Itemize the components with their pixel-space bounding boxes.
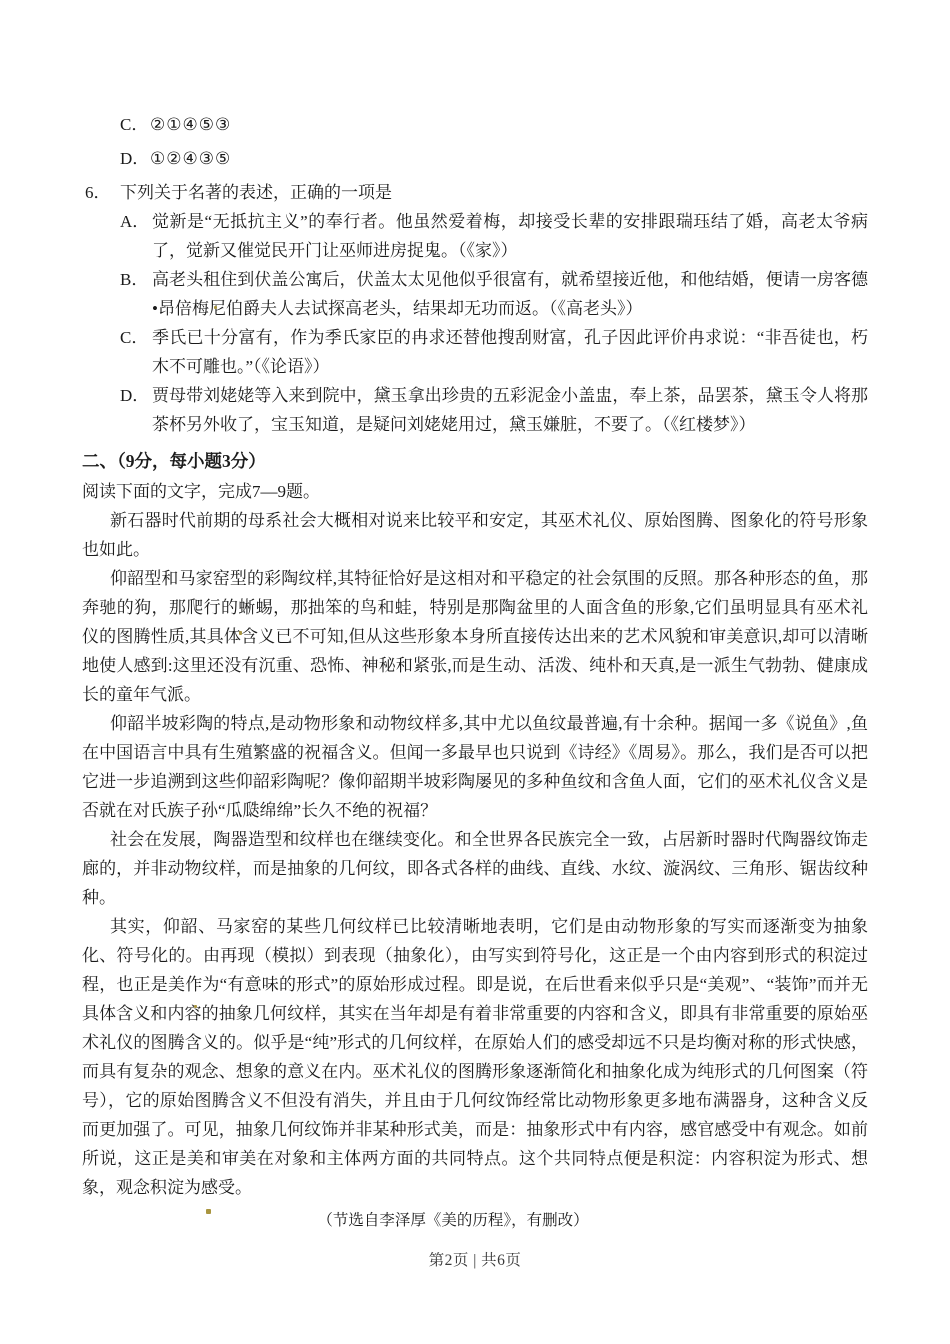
option-letter: A．: [120, 207, 149, 236]
choice-sequence: ②①④⑤③: [150, 115, 231, 134]
choice-sequence: ①②④③⑤: [150, 149, 231, 168]
scan-artifact-dot: [239, 631, 242, 635]
passage-paragraph-1: 新石器时代前期的母系社会大概相对说来比较平和安定，其巫术礼仪、原始图腾、图象化的…: [82, 506, 868, 564]
page-number-indicator: 第2页 | 共6页: [82, 1246, 868, 1275]
passage-paragraph-5: 其实，仰韶、马家窑的某些几何纹样已比较清晰地表明，它们是由动物形象的写实而逐渐变…: [82, 912, 868, 1202]
question-6-option-c: C． 季氏已十分富有，作为季氏家臣的冉求还替他搜刮财富，孔子因此评价冉求说：“非…: [120, 323, 868, 381]
option-text: 觉新是“无抵抗主义”的奉行者。他虽然爱着梅，却接受长辈的安排跟瑞珏结了婚，高老太…: [152, 212, 868, 260]
question-number: 6．: [85, 178, 111, 207]
option-letter: D．: [120, 381, 149, 410]
option-letter: B．: [120, 265, 148, 294]
reading-instruction: 阅读下面的文字，完成7—9题。: [82, 477, 868, 506]
passage-source-note: （节选自李泽厚《美的历程》，有删改）: [82, 1206, 868, 1235]
question-stem-text: 下列关于名著的表述，正确的一项是: [120, 183, 392, 202]
option-letter: C．: [120, 323, 148, 352]
option-text: 高老头租住到伏盖公寓后，伏盖太太见他似乎很富有，就希望接近他，和他结婚，便请一房…: [152, 270, 868, 318]
question-6-option-d: D． 贾母带刘姥姥等入来到院中，黛玉拿出珍贵的五彩泥金小盖盅，奉上茶，品罢茶，黛…: [120, 381, 868, 439]
choice-row-c: C．②①④⑤③: [120, 110, 868, 139]
section-two-heading: 二、（9分，每小题3分）: [82, 447, 868, 476]
passage-paragraph-2: 仰韶型和马家窑型的彩陶纹样,其特征恰好是这相对和平稳定的社会氛围的反照。那各种形…: [82, 564, 868, 709]
scan-artifact-dot: [194, 1005, 197, 1008]
choice-row-d: D．①②④③⑤: [120, 144, 868, 173]
passage-paragraph-3: 仰韶半坡彩陶的特点,是动物形象和动物纹样多,其中尤以鱼纹最普遍,有十余种。据闻一…: [82, 709, 868, 825]
scan-artifact-dot: [206, 1209, 211, 1214]
exam-paper-page: C．②①④⑤③ D．①②④③⑤ 6． 下列关于名著的表述，正确的一项是 A． 觉…: [0, 0, 950, 1344]
question-6-stem: 6． 下列关于名著的表述，正确的一项是: [82, 178, 868, 207]
question-6-option-a: A． 觉新是“无抵抗主义”的奉行者。他虽然爱着梅，却接受长辈的安排跟瑞珏结了婚，…: [120, 207, 868, 265]
option-text: 贾母带刘姥姥等入来到院中，黛玉拿出珍贵的五彩泥金小盖盅，奉上茶，品罢茶，黛玉令人…: [152, 386, 868, 434]
option-text: 季氏已十分富有，作为季氏家臣的冉求还替他搜刮财富，孔子因此评价冉求说：“非吾徒也…: [152, 328, 868, 376]
question-6-option-b: B． 高老头租住到伏盖公寓后，伏盖太太见他似乎很富有，就希望接近他，和他结婚，便…: [120, 265, 868, 323]
choice-letter: C．: [120, 110, 150, 139]
page-content: C．②①④⑤③ D．①②④③⑤ 6． 下列关于名著的表述，正确的一项是 A． 觉…: [0, 0, 950, 1275]
choice-letter: D．: [120, 144, 150, 173]
scan-artifact-dot: [214, 306, 217, 309]
passage-paragraph-4: 社会在发展，陶器造型和纹样也在继续变化。和全世界各民族完全一致，占居新时器时代陶…: [82, 825, 868, 912]
